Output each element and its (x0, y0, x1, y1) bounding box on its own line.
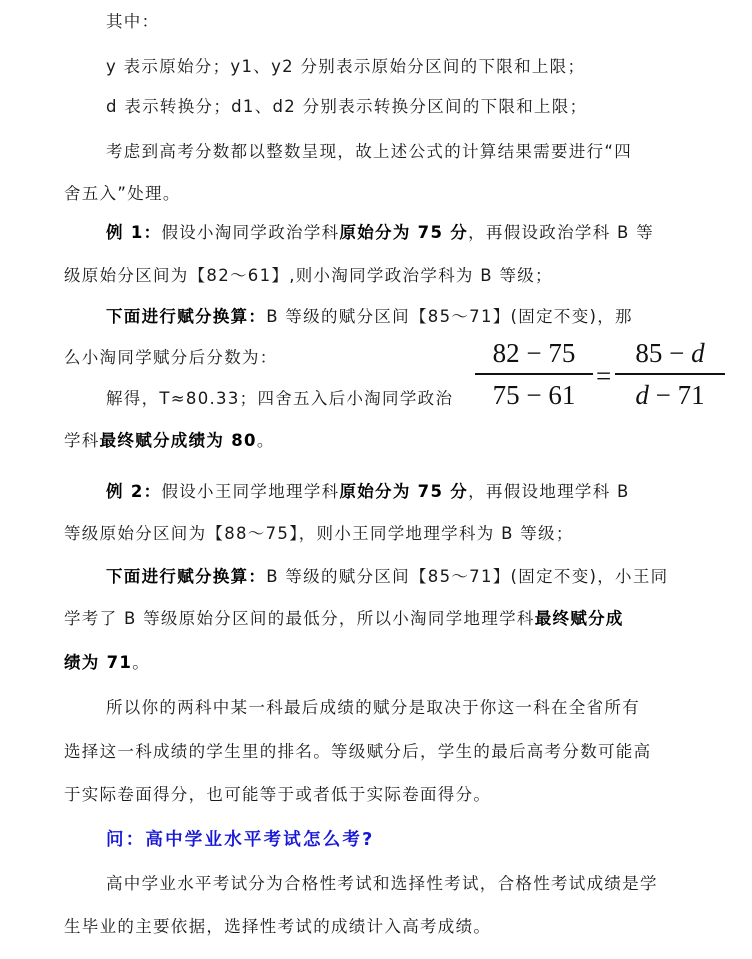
example1-conversion-text: B 等级的赋分区间【85～71】(固定不变)，那 (266, 307, 633, 326)
document-page: 其中： y 表示原始分；y1、y2 分别表示原始分区间的下限和上限； d 表示转… (0, 0, 752, 959)
formula-right-den-const: − 71 (649, 380, 705, 410)
fraction-bar (615, 373, 725, 375)
formula-right-fraction: 85 − d d − 71 (615, 337, 725, 413)
example1-conversion-label: 下面进行赋分换算： (106, 307, 266, 326)
question-heading-text: 问：高中学业水平考试怎么考? (106, 830, 374, 850)
formula-right-numerator: 85 − d (635, 337, 704, 371)
rounding-text: 考虑到高考分数都以整数呈现，故上述公式的计算结果需要进行“四 (106, 142, 632, 161)
example2-lowest-text: 学考了 B 等级原始分区间的最低分，所以小淘同学地理学科 (64, 609, 535, 628)
example2-text: 假设小王同学地理学科 (161, 482, 339, 501)
example1-solve-text: 解得，T≈80.33；四舍五入后小淘同学政治 (106, 389, 453, 408)
example2-line-1: 例 2：假设小王同学地理学科原始分为 75 分，再假设地理学科 B (106, 481, 630, 503)
fraction-bar (475, 373, 593, 375)
example1-text: 假设小淘同学政治学科 (161, 223, 339, 242)
example2-text-2: ，再假设地理学科 B (468, 482, 630, 501)
example1-text-2: ，再假设政治学科 B 等 (468, 223, 654, 242)
example1-line-5: 解得，T≈80.33；四舍五入后小淘同学政治 (106, 388, 453, 410)
question-heading: 问：高中学业水平考试怎么考? (106, 829, 374, 851)
example1-line-3: 下面进行赋分换算：B 等级的赋分区间【85～71】(固定不变)，那 (106, 306, 633, 328)
formula-var-d: d (635, 380, 649, 410)
formula-left-fraction: 82 − 75 75 − 61 (475, 337, 593, 413)
intro-line-1: 其中： (106, 11, 159, 33)
example2-final-suffix: 。 (132, 653, 150, 672)
intro-line-2: y 表示原始分；y1、y2 分别表示原始分区间的下限和上限； (106, 56, 585, 78)
conclusion-text-2: 选择这一科成绩的学生里的排名。等级赋分后，学生的最后高考分数可能高 (64, 742, 651, 761)
formula-right-num-const: 85 − (635, 338, 691, 368)
example1-line-6: 学科最终赋分成绩为 80。 (64, 430, 275, 452)
conclusion-line-1: 所以你的两科中某一科最后成绩的赋分是取决于你这一科在全省所有 (106, 697, 640, 719)
example2-final-label: 最终赋分成 (535, 609, 624, 628)
example1-line-2: 级原始分区间为【82～61】,则小淘同学政治学科为 B 等级； (64, 265, 553, 287)
example1-label: 例 1： (106, 223, 161, 242)
conclusion-line-2: 选择这一科成绩的学生里的排名。等级赋分后，学生的最后高考分数可能高 (64, 741, 651, 763)
example1-final-score: 最终赋分成绩为 80 (100, 431, 257, 450)
formula-equals: = (596, 359, 611, 393)
example2-line-3: 下面进行赋分换算：B 等级的赋分区间【85～71】(固定不变)，小王同 (106, 566, 668, 588)
rounding-text-cont: 舍五入”处理。 (64, 184, 181, 203)
answer-line-2: 生毕业的主要依据，选择性考试的成绩计入高考成绩。 (64, 916, 491, 938)
conclusion-text-3: 于实际卷面得分，也可能等于或者低于实际卷面得分。 (64, 785, 491, 804)
intro-line-3: d 表示转换分；d1、d2 分别表示转换分区间的下限和上限； (106, 96, 587, 118)
example1-final-suffix: 。 (257, 431, 275, 450)
conclusion-text-1: 所以你的两科中某一科最后成绩的赋分是取决于你这一科在全省所有 (106, 698, 640, 717)
answer-text-2: 生毕业的主要依据，选择性考试的成绩计入高考成绩。 (64, 917, 491, 936)
intro-line-5: 舍五入”处理。 (64, 183, 181, 205)
example1-range-text: 级原始分区间为【82～61】,则小淘同学政治学科为 B 等级； (64, 266, 553, 285)
example2-conversion-label: 下面进行赋分换算： (106, 567, 266, 586)
definition-d-text: d 表示转换分；d1、d2 分别表示转换分区间的下限和上限； (106, 97, 587, 116)
conclusion-line-3: 于实际卷面得分，也可能等于或者低于实际卷面得分。 (64, 784, 491, 806)
intro-line-4: 考虑到高考分数都以整数呈现，故上述公式的计算结果需要进行“四 (106, 141, 632, 163)
example1-score-intro: 么小淘同学赋分后分数为： (64, 348, 278, 367)
example2-label: 例 2： (106, 482, 161, 501)
example2-final-score: 绩为 71 (64, 653, 132, 672)
answer-line-1: 高中学业水平考试分为合格性考试和选择性考试，合格性考试成绩是学 (106, 873, 658, 895)
intro-text: 其中： (106, 12, 159, 31)
formula-var-d: d (691, 338, 705, 368)
answer-text-1: 高中学业水平考试分为合格性考试和选择性考试，合格性考试成绩是学 (106, 874, 658, 893)
example1-line-1: 例 1：假设小淘同学政治学科原始分为 75 分，再假设政治学科 B 等 (106, 222, 654, 244)
example1-bold-score: 原始分为 75 分 (339, 223, 468, 242)
example2-bold-score: 原始分为 75 分 (339, 482, 468, 501)
example2-line-4: 学考了 B 等级原始分区间的最低分，所以小淘同学地理学科最终赋分成 (64, 608, 624, 630)
example1-line-4: 么小淘同学赋分后分数为： (64, 347, 278, 369)
example2-line-2: 等级原始分区间为【88～75】，则小王同学地理学科为 B 等级； (64, 523, 574, 545)
formula-left-denominator: 75 − 61 (493, 379, 576, 413)
definition-y-text: y 表示原始分；y1、y2 分别表示原始分区间的下限和上限； (106, 57, 585, 76)
example2-conversion-text: B 等级的赋分区间【85～71】(固定不变)，小王同 (266, 567, 668, 586)
formula-left-numerator: 82 − 75 (493, 337, 576, 371)
example1-final-prefix: 学科 (64, 431, 100, 450)
conversion-formula: 82 − 75 75 − 61 = 85 − d d − 71 (475, 337, 723, 415)
example2-range-text: 等级原始分区间为【88～75】，则小王同学地理学科为 B 等级； (64, 524, 574, 543)
example2-line-5: 绩为 71。 (64, 652, 150, 674)
formula-right-denominator: d − 71 (635, 379, 704, 413)
